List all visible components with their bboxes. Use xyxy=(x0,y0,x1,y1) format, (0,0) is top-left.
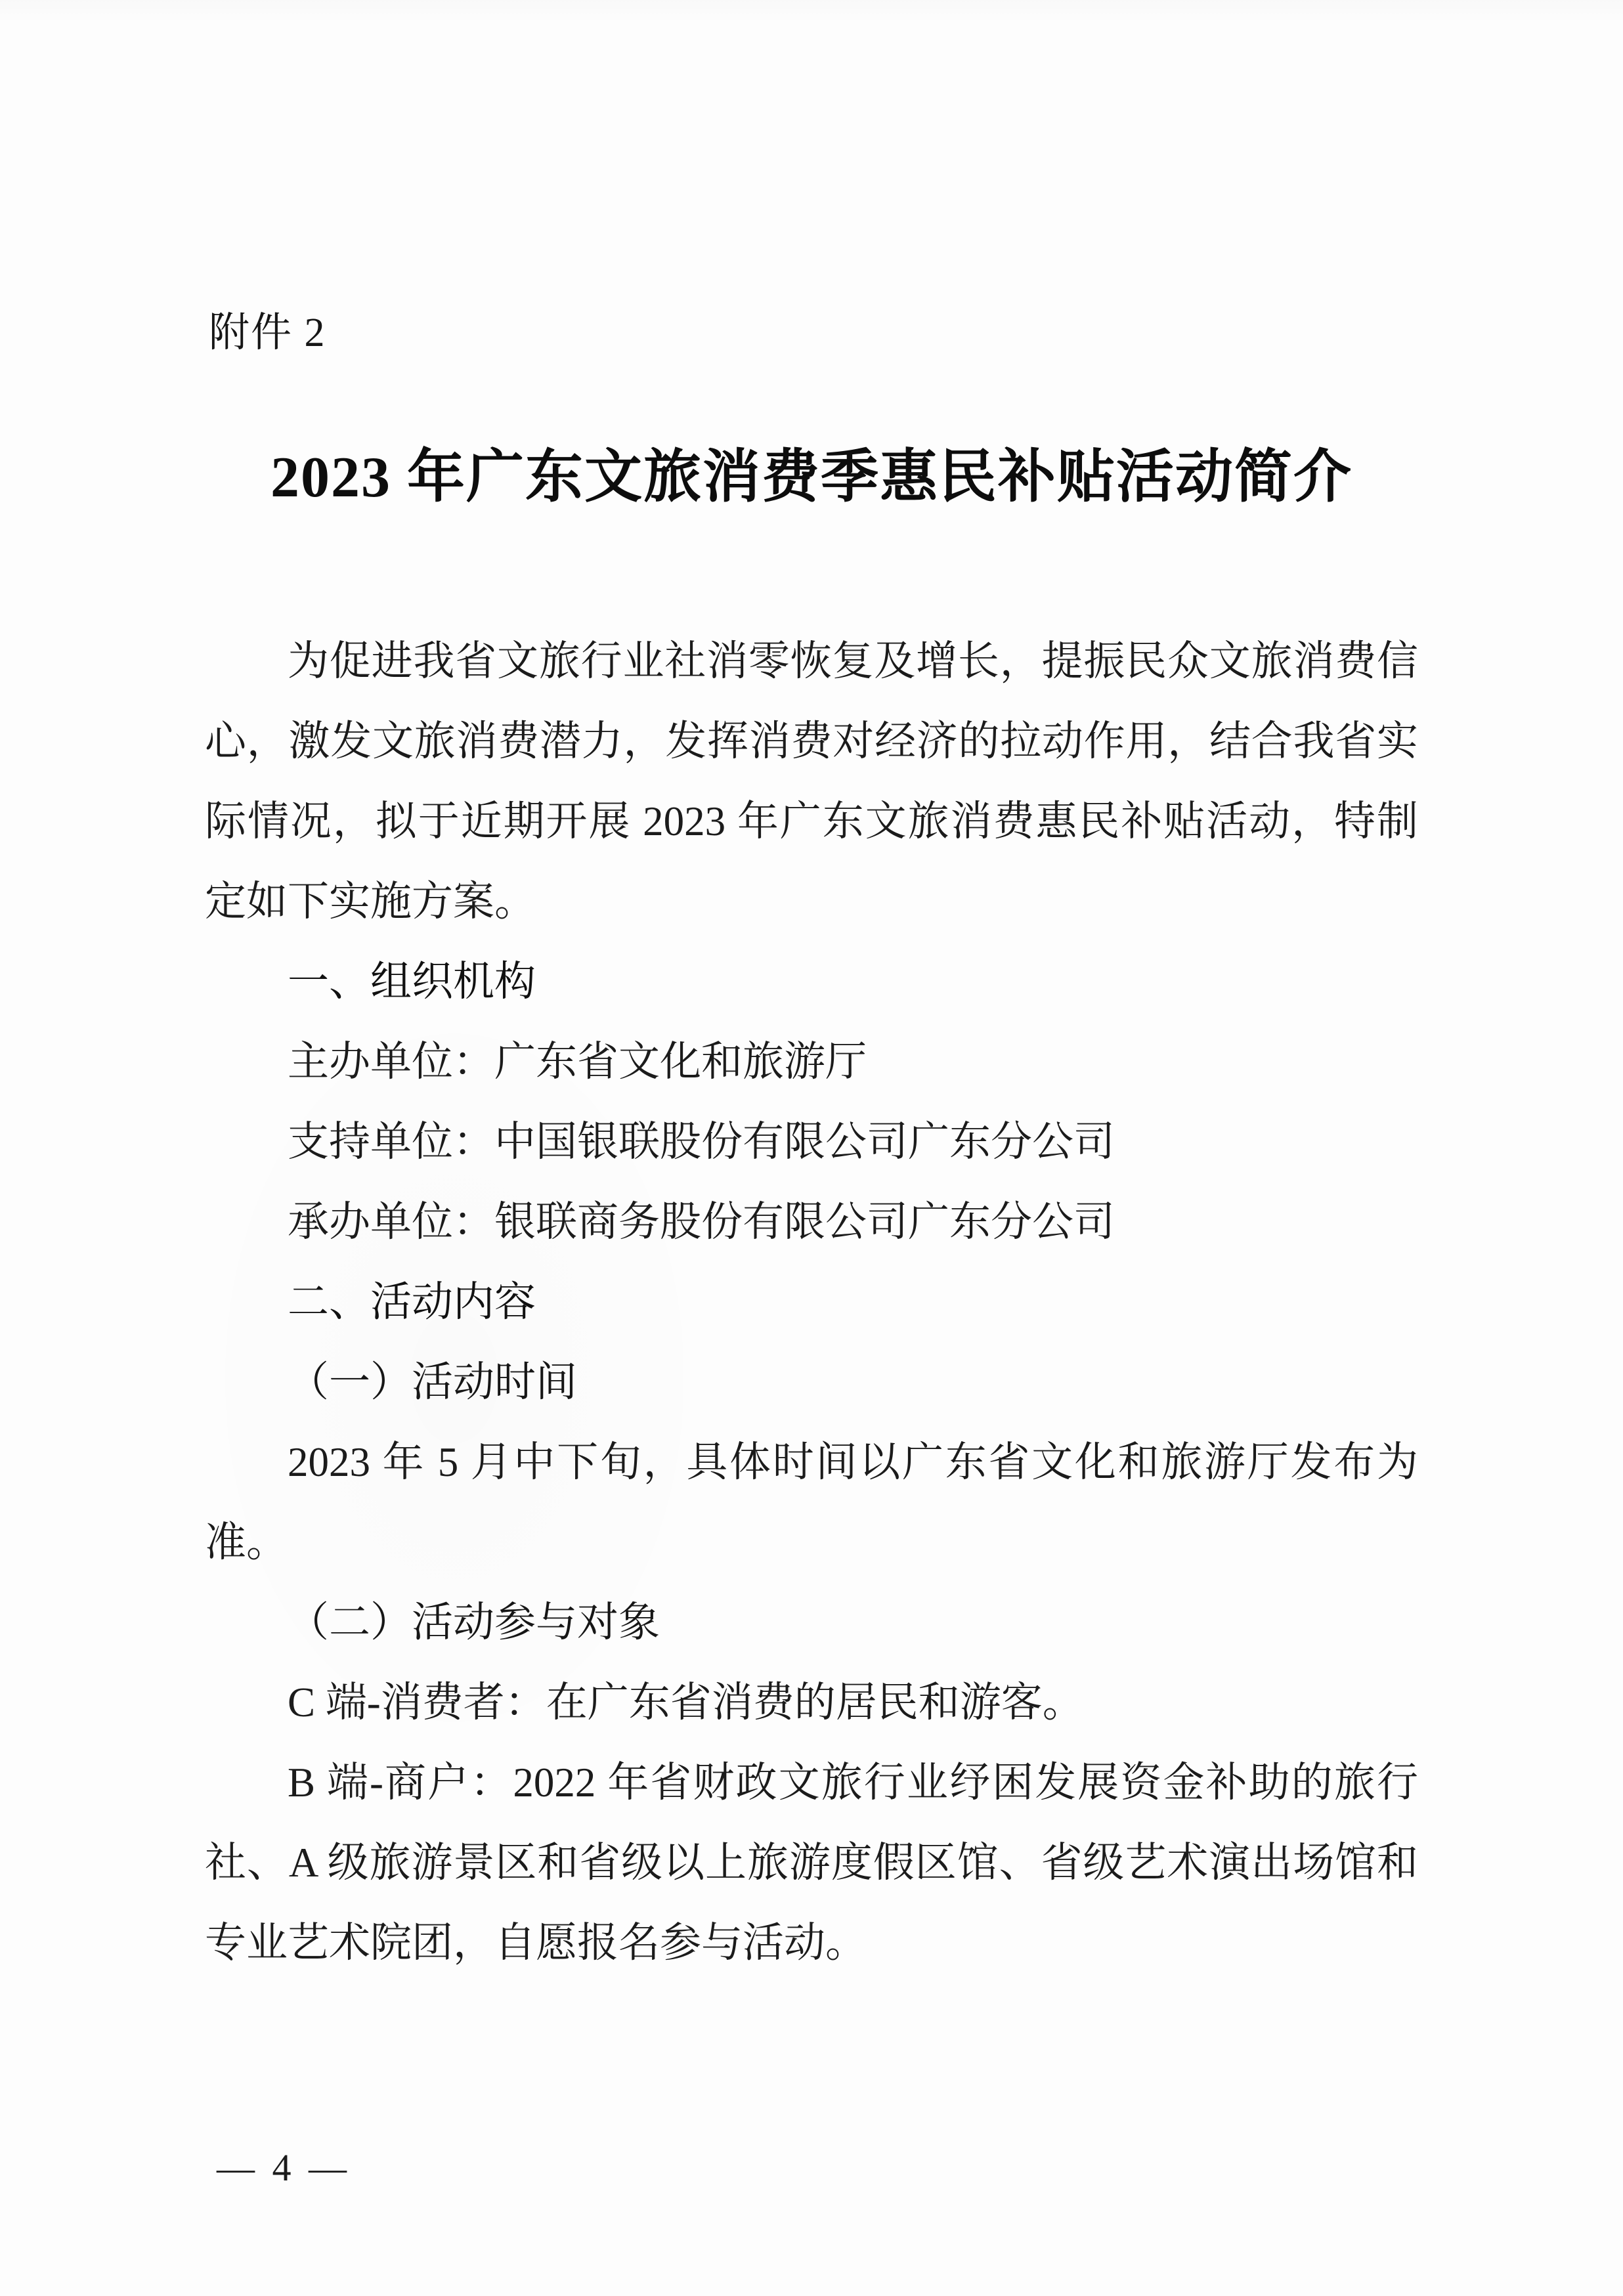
merchant-paragraph: B 端-商户：2022 年省财政文旅行业纾困发展资金补助的旅行社、A 级旅游景区… xyxy=(205,1743,1418,1983)
attachment-label: 附件 2 xyxy=(209,303,326,362)
time-paragraph: 2023 年 5 月中下旬，具体时间以广东省文化和旅游厅发布为准。 xyxy=(205,1422,1418,1582)
organizer-unit-line: 承办单位：银联商务股份有限公司广东分公司 xyxy=(205,1182,1418,1262)
consumer-paragraph: C 端-消费者：在广东省消费的居民和游客。 xyxy=(205,1662,1418,1743)
document-content: 为促进我省文旅行业社消零恢复及增长，提振民众文旅消费信心，激发文旅消费潜力，发挥… xyxy=(205,621,1418,1983)
section-2-heading: 二、活动内容 xyxy=(205,1262,1418,1342)
subsection-participants-heading: （二）活动参与对象 xyxy=(205,1582,1418,1662)
document-title: 2023 年广东文旅消费季惠民补贴活动简介 xyxy=(0,439,1623,517)
section-1-heading: 一、组织机构 xyxy=(205,942,1418,1022)
subsection-time-heading: （一）活动时间 xyxy=(205,1342,1418,1422)
host-unit-line: 主办单位：广东省文化和旅游厅 xyxy=(205,1022,1418,1102)
support-unit-line: 支持单位：中国银联股份有限公司广东分公司 xyxy=(205,1102,1418,1182)
intro-paragraph: 为促进我省文旅行业社消零恢复及增长，提振民众文旅消费信心，激发文旅消费潜力，发挥… xyxy=(205,621,1418,942)
document-page: 附件 2 2023 年广东文旅消费季惠民补贴活动简介 为促进我省文旅行业社消零恢… xyxy=(0,0,1623,2296)
page-number: — 4 — xyxy=(217,2142,351,2194)
